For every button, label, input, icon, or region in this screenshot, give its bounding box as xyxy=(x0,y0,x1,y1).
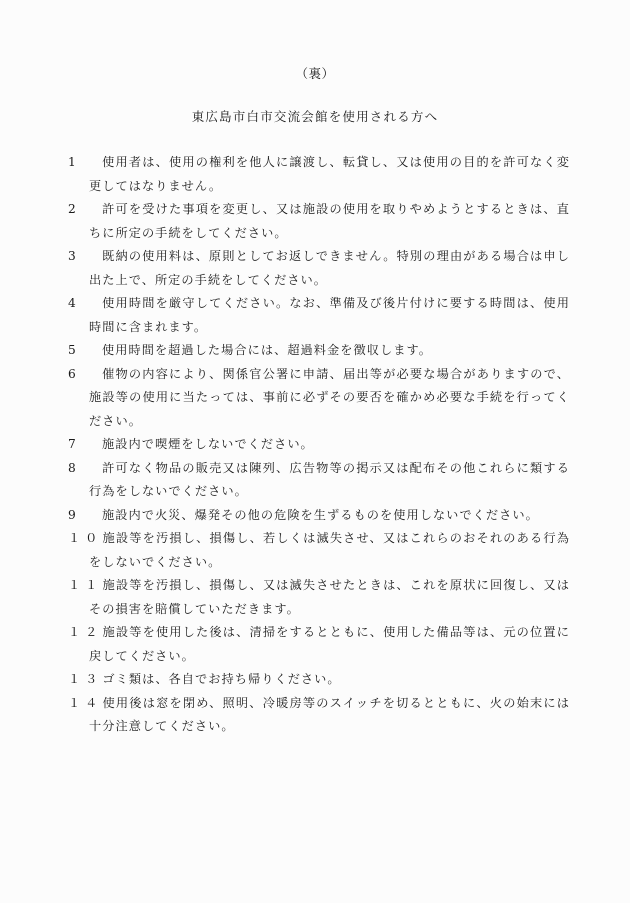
rule-number: １２ xyxy=(68,621,102,645)
rule-item: １４使用後は窓を閉め、照明、冷暖房等のスイッチを切るとともに、火の始末には十分注… xyxy=(55,692,570,739)
rule-number: 4 xyxy=(68,292,102,316)
rule-item: 6催物の内容により、関係官公署に申請、届出等が必要な場合がありますので、施設等の… xyxy=(55,363,570,434)
rule-text: 施設内で火災、爆発その他の危険を生ずるものを使用しないでください。 xyxy=(102,508,539,522)
rule-text: 使用時間を超過した場合には、超過料金を徴収します。 xyxy=(102,343,432,357)
rule-item: １０施設等を汚損し、損傷し、若しくは滅失させ、又はこれらのおそれのある行為をしな… xyxy=(55,527,570,574)
rule-item: 2許可を受けた事項を変更し、又は施設の使用を取りやめようとするときは、直ちに所定… xyxy=(55,198,570,245)
rule-number: １０ xyxy=(68,527,102,551)
rule-item: １３ゴミ類は、各自でお持ち帰りください。 xyxy=(55,668,570,692)
rule-number: 2 xyxy=(68,198,102,222)
rule-item: 4使用時間を厳守してください。なお、準備及び後片付けに要する時間は、使用時間に含… xyxy=(55,292,570,339)
rule-item: １２施設等を使用した後は、清掃をするとともに、使用した備品等は、元の位置に戻して… xyxy=(55,621,570,668)
rule-item: 5使用時間を超過した場合には、超過料金を徴収します。 xyxy=(55,339,570,363)
rule-text: 施設等を使用した後は、清掃をするとともに、使用した備品等は、元の位置に戻してくだ… xyxy=(89,625,570,663)
rule-text: 許可なく物品の販売又は陳列、広告物等の掲示又は配布その他これらに類する行為をしな… xyxy=(89,461,570,499)
document-title: 東広島市白市交流会館を使用される方へ xyxy=(0,107,630,125)
rule-text: ゴミ類は、各自でお持ち帰りください。 xyxy=(102,672,340,686)
rule-number: 7 xyxy=(68,433,102,457)
rule-number: １１ xyxy=(68,574,102,598)
rule-text: 施設内で喫煙をしないでください。 xyxy=(102,437,314,451)
rule-number: 5 xyxy=(68,339,102,363)
rule-number: 9 xyxy=(68,504,102,528)
rule-text: 施設等を汚損し、損傷し、若しくは滅失させ、又はこれらのおそれのある行為をしないで… xyxy=(89,531,570,569)
rule-text: 既納の使用料は、原則としてお返しできません。特別の理由がある場合は申し出た上で、… xyxy=(89,249,570,287)
side-label: （裏） xyxy=(0,64,630,82)
rule-number: １４ xyxy=(68,692,102,716)
rule-text: 催物の内容により、関係官公署に申請、届出等が必要な場合がありますので、施設等の使… xyxy=(89,367,570,428)
rule-item: 9施設内で火災、爆発その他の危険を生ずるものを使用しないでください。 xyxy=(55,504,570,528)
rule-number: 6 xyxy=(68,363,102,387)
rule-item: 7施設内で喫煙をしないでください。 xyxy=(55,433,570,457)
rule-number: １３ xyxy=(68,668,102,692)
rule-text: 使用後は窓を閉め、照明、冷暖房等のスイッチを切るとともに、火の始末には十分注意し… xyxy=(89,696,570,734)
rule-item: 8許可なく物品の販売又は陳列、広告物等の掲示又は配布その他これらに類する行為をし… xyxy=(55,457,570,504)
rule-text: 使用者は、使用の権利を他人に譲渡し、転貸し、又は使用の目的を許可なく変更してはな… xyxy=(89,155,570,193)
rule-number: 8 xyxy=(68,457,102,481)
rule-text: 使用時間を厳守してください。なお、準備及び後片付けに要する時間は、使用時間に含ま… xyxy=(89,296,570,334)
rule-item: 3既納の使用料は、原則としてお返しできません。特別の理由がある場合は申し出た上で… xyxy=(55,245,570,292)
rule-item: １１施設等を汚損し、損傷し、又は滅失させたときは、これを原状に回復し、又はその損… xyxy=(55,574,570,621)
rule-item: 1使用者は、使用の権利を他人に譲渡し、転貸し、又は使用の目的を許可なく変更しては… xyxy=(55,151,570,198)
rule-number: 1 xyxy=(68,151,102,175)
document-page: （裏） 東広島市白市交流会館を使用される方へ 1使用者は、使用の権利を他人に譲渡… xyxy=(0,0,630,903)
rule-text: 許可を受けた事項を変更し、又は施設の使用を取りやめようとするときは、直ちに所定の… xyxy=(89,202,570,240)
rule-number: 3 xyxy=(68,245,102,269)
rule-text: 施設等を汚損し、損傷し、又は滅失させたときは、これを原状に回復し、又はその損害を… xyxy=(89,578,570,616)
rules-list: 1使用者は、使用の権利を他人に譲渡し、転貸し、又は使用の目的を許可なく変更しては… xyxy=(68,151,570,739)
